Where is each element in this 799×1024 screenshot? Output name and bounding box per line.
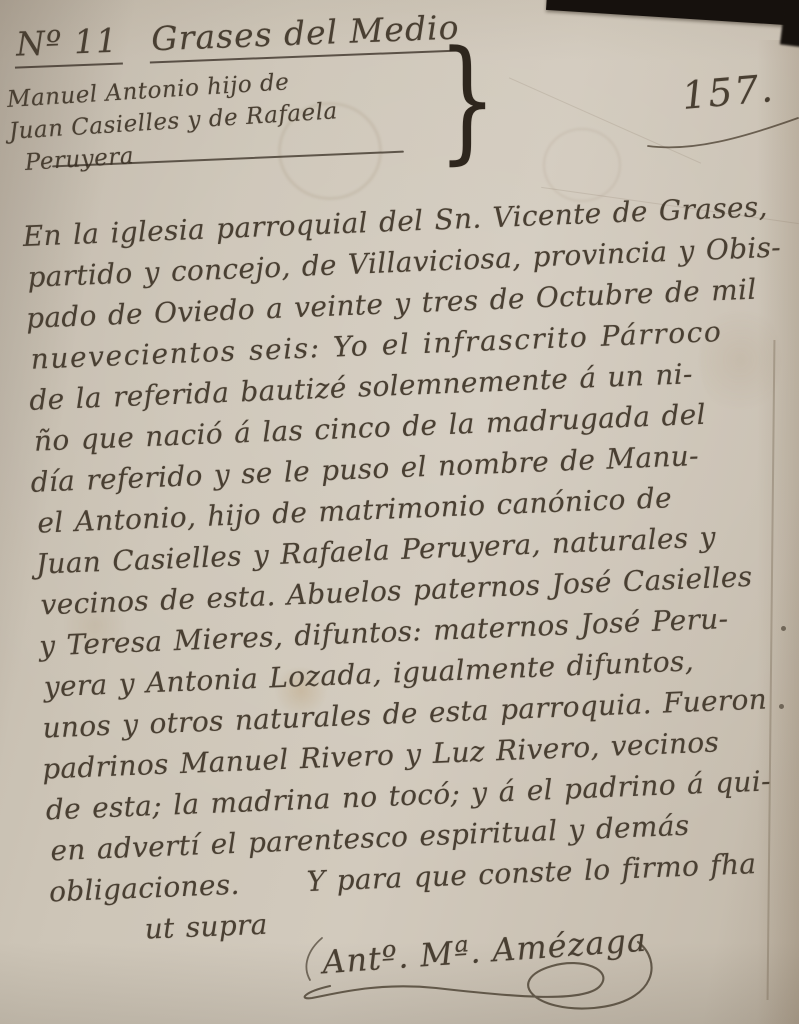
book-cover-edge [546,0,799,28]
page-number-underline-flourish [612,110,799,156]
manuscript-photo: Nº 11 Grases del Medio 157. Manuel Anton… [0,0,799,1024]
margin-note: Manuel Antonio hijo deJuan Casielles y d… [6,56,451,179]
entry-place: Grases del Medio [149,7,467,63]
paper-stain [543,128,621,202]
body-text: En la iglesia parroquial del Sn. Vicente… [22,185,799,953]
signature-flourish [238,926,668,1024]
entry-number: Nº 11 [13,21,122,69]
curly-brace: } [438,28,497,174]
